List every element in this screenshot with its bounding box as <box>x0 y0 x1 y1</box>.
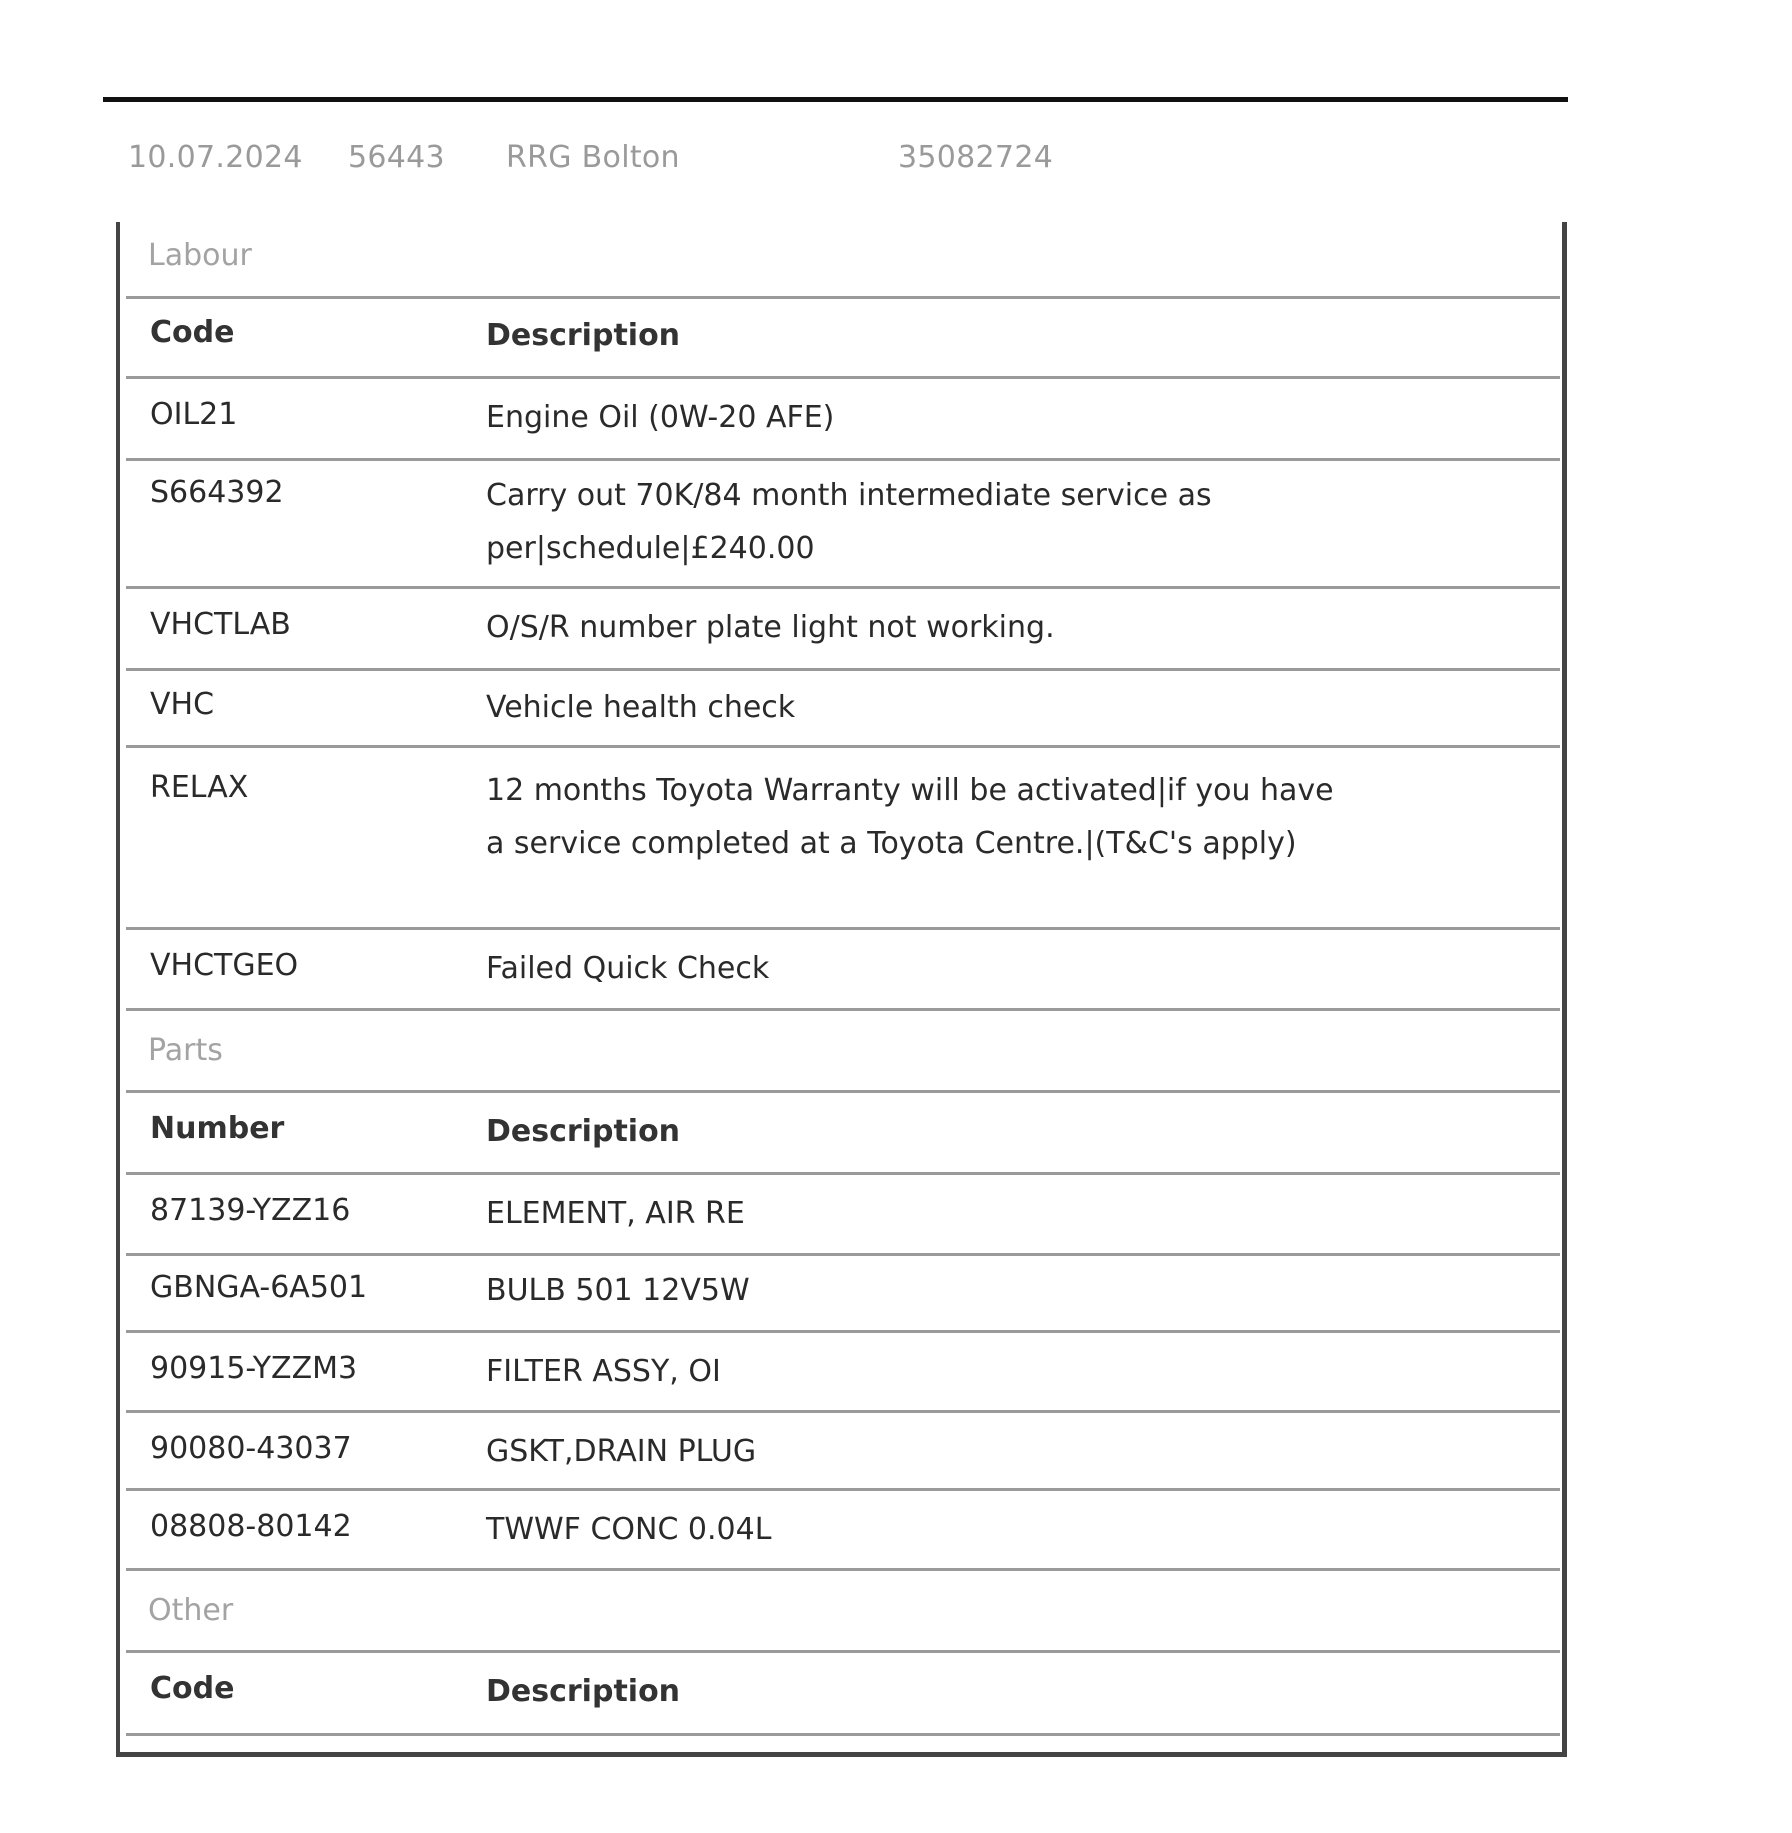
table-row: 87139-YZZ16 ELEMENT, AIR RE <box>126 1175 1560 1256</box>
column-header-code: Code <box>150 1671 234 1706</box>
table-row: S664392 Carry out 70K/84 month intermedi… <box>126 461 1560 589</box>
column-header-code: Code <box>150 315 234 350</box>
part-description: GSKT,DRAIN PLUG <box>486 1425 1386 1478</box>
labour-description: Vehicle health check <box>486 681 1386 734</box>
table-row: OIL21 Engine Oil (0W-20 AFE) <box>126 379 1560 461</box>
part-number: 08808-80142 <box>150 1509 352 1544</box>
table-row: VHCTGEO Failed Quick Check <box>126 930 1560 1011</box>
table-row: VHCTLAB O/S/R number plate light not wor… <box>126 589 1560 671</box>
part-number: 90915-YZZM3 <box>150 1351 357 1386</box>
column-header-description: Description <box>486 309 1386 362</box>
labour-code: VHCTGEO <box>150 948 298 983</box>
part-description: FILTER ASSY, OI <box>486 1345 1386 1398</box>
column-header-description: Description <box>486 1105 1386 1158</box>
column-header-number: Number <box>150 1111 284 1146</box>
labour-description: Engine Oil (0W-20 AFE) <box>486 391 1386 444</box>
service-details-table: Labour Code Description OIL21 Engine Oil… <box>116 222 1567 1757</box>
service-reference: 35082724 <box>898 140 1053 175</box>
service-dealer: RRG Bolton <box>506 140 680 175</box>
part-description: TWWF CONC 0.04L <box>486 1503 1386 1556</box>
section-title: Parts <box>148 1033 223 1068</box>
header-divider <box>103 97 1568 102</box>
table-row: RELAX 12 months Toyota Warranty will be … <box>126 748 1560 930</box>
labour-code: VHC <box>150 687 214 722</box>
section-labour: Labour <box>126 222 1560 299</box>
part-number: GBNGA-6A501 <box>150 1270 367 1305</box>
labour-code: VHCTLAB <box>150 607 291 642</box>
parts-header-row: Number Description <box>126 1093 1560 1175</box>
section-title: Labour <box>148 238 252 273</box>
labour-header-row: Code Description <box>126 297 1560 379</box>
labour-code: S664392 <box>150 475 284 510</box>
labour-description: 12 months Toyota Warranty will be activa… <box>486 764 1356 870</box>
section-parts: Parts <box>126 1011 1560 1093</box>
table-row: GBNGA-6A501 BULB 501 12V5W <box>126 1256 1560 1333</box>
labour-description: Carry out 70K/84 month intermediate serv… <box>486 469 1306 575</box>
service-date: 10.07.2024 <box>128 140 303 175</box>
part-description: ELEMENT, AIR RE <box>486 1187 1386 1240</box>
table-row: 90080-43037 GSKT,DRAIN PLUG <box>126 1413 1560 1491</box>
table-row: VHC Vehicle health check <box>126 671 1560 748</box>
table-row: 08808-80142 TWWF CONC 0.04L <box>126 1491 1560 1571</box>
other-header-row: Code Description <box>126 1653 1560 1736</box>
section-title: Other <box>148 1593 233 1628</box>
section-other: Other <box>126 1571 1560 1653</box>
part-description: BULB 501 12V5W <box>486 1264 1386 1317</box>
service-mileage: 56443 <box>348 140 445 175</box>
part-number: 90080-43037 <box>150 1431 352 1466</box>
column-header-description: Description <box>486 1665 1386 1718</box>
labour-code: OIL21 <box>150 397 237 432</box>
part-number: 87139-YZZ16 <box>150 1193 350 1228</box>
labour-description: O/S/R number plate light not working. <box>486 601 1386 654</box>
labour-code: RELAX <box>150 770 248 805</box>
table-row: 90915-YZZM3 FILTER ASSY, OI <box>126 1333 1560 1413</box>
labour-description: Failed Quick Check <box>486 942 1386 995</box>
